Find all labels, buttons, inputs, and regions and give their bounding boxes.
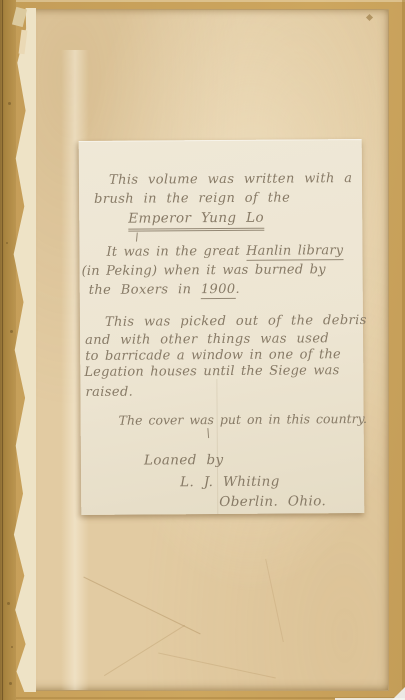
note-line: The cover was put on in this country. <box>119 412 367 428</box>
note-line: This volume was written with a <box>109 172 353 188</box>
signature-line: Oberlin. Ohio. <box>219 494 326 509</box>
note-text: and with other things was used <box>85 331 329 348</box>
handwritten-note: This volume was written with a brush in … <box>79 139 365 515</box>
note-line: the Boxers in 1900. <box>89 283 240 298</box>
note-line: This was picked out of the debris <box>105 314 367 330</box>
note-text: The cover was put on in this country. <box>119 411 367 428</box>
note-text: It was in the great <box>106 244 246 260</box>
note-line: raised. <box>85 386 133 400</box>
book-photo: This volume was written with a brush in … <box>0 0 405 700</box>
paper-speck <box>10 330 13 333</box>
note-line: (in Peking) when it was burned by <box>82 263 326 279</box>
stray-mark <box>207 428 209 438</box>
note-text: to barricade a window in one of the <box>85 347 341 364</box>
note-text: Oberlin. Ohio. <box>219 493 326 510</box>
paper-speck <box>8 102 11 105</box>
paper-speck <box>9 682 12 685</box>
corner-notch <box>366 14 373 21</box>
note-line: to barricade a window in one of the <box>85 348 341 364</box>
note-text: raised. <box>85 385 133 400</box>
note-text: . <box>235 282 240 297</box>
note-line: and with other things was used <box>85 332 329 348</box>
note-text-underlined: Emperor Yung Lo <box>128 210 264 232</box>
cover-top-highlight <box>0 0 405 2</box>
page-wrinkle <box>104 625 185 676</box>
page-wrinkle <box>265 559 284 642</box>
note-text: This volume was written with a <box>109 171 353 188</box>
caret-mark <box>136 233 138 242</box>
signature-line: Loaned by <box>144 453 224 468</box>
note-line: It was in the great Hanlin library <box>106 244 343 260</box>
signature-line: L. J. Whiting <box>180 475 280 490</box>
note-text: L. J. Whiting <box>180 474 280 491</box>
note-text: the Boxers in <box>89 282 201 298</box>
binding-groove <box>2 0 3 700</box>
paper-speck <box>11 646 13 648</box>
paper-speck <box>6 242 8 244</box>
note-text: (in Peking) when it was burned by <box>82 262 326 279</box>
note-text-underlined: Hanlin library <box>246 243 343 261</box>
note-text-underlined: 1900 <box>201 282 236 299</box>
paper-speck <box>7 602 10 605</box>
note-crease <box>216 379 218 514</box>
note-text: Loaned by <box>144 452 224 469</box>
note-line: Legation houses until the Siege was <box>84 364 339 380</box>
page-wrinkle <box>158 653 276 679</box>
note-text: brush in the reign of the <box>94 191 290 207</box>
note-text: This was picked out of the debris <box>105 313 367 330</box>
note-text: Legation houses until the Siege was <box>84 363 339 380</box>
binding-strip <box>0 0 16 700</box>
note-line-emperor: Emperor Yung Lo <box>128 211 264 226</box>
note-line: brush in the reign of the <box>94 192 290 207</box>
